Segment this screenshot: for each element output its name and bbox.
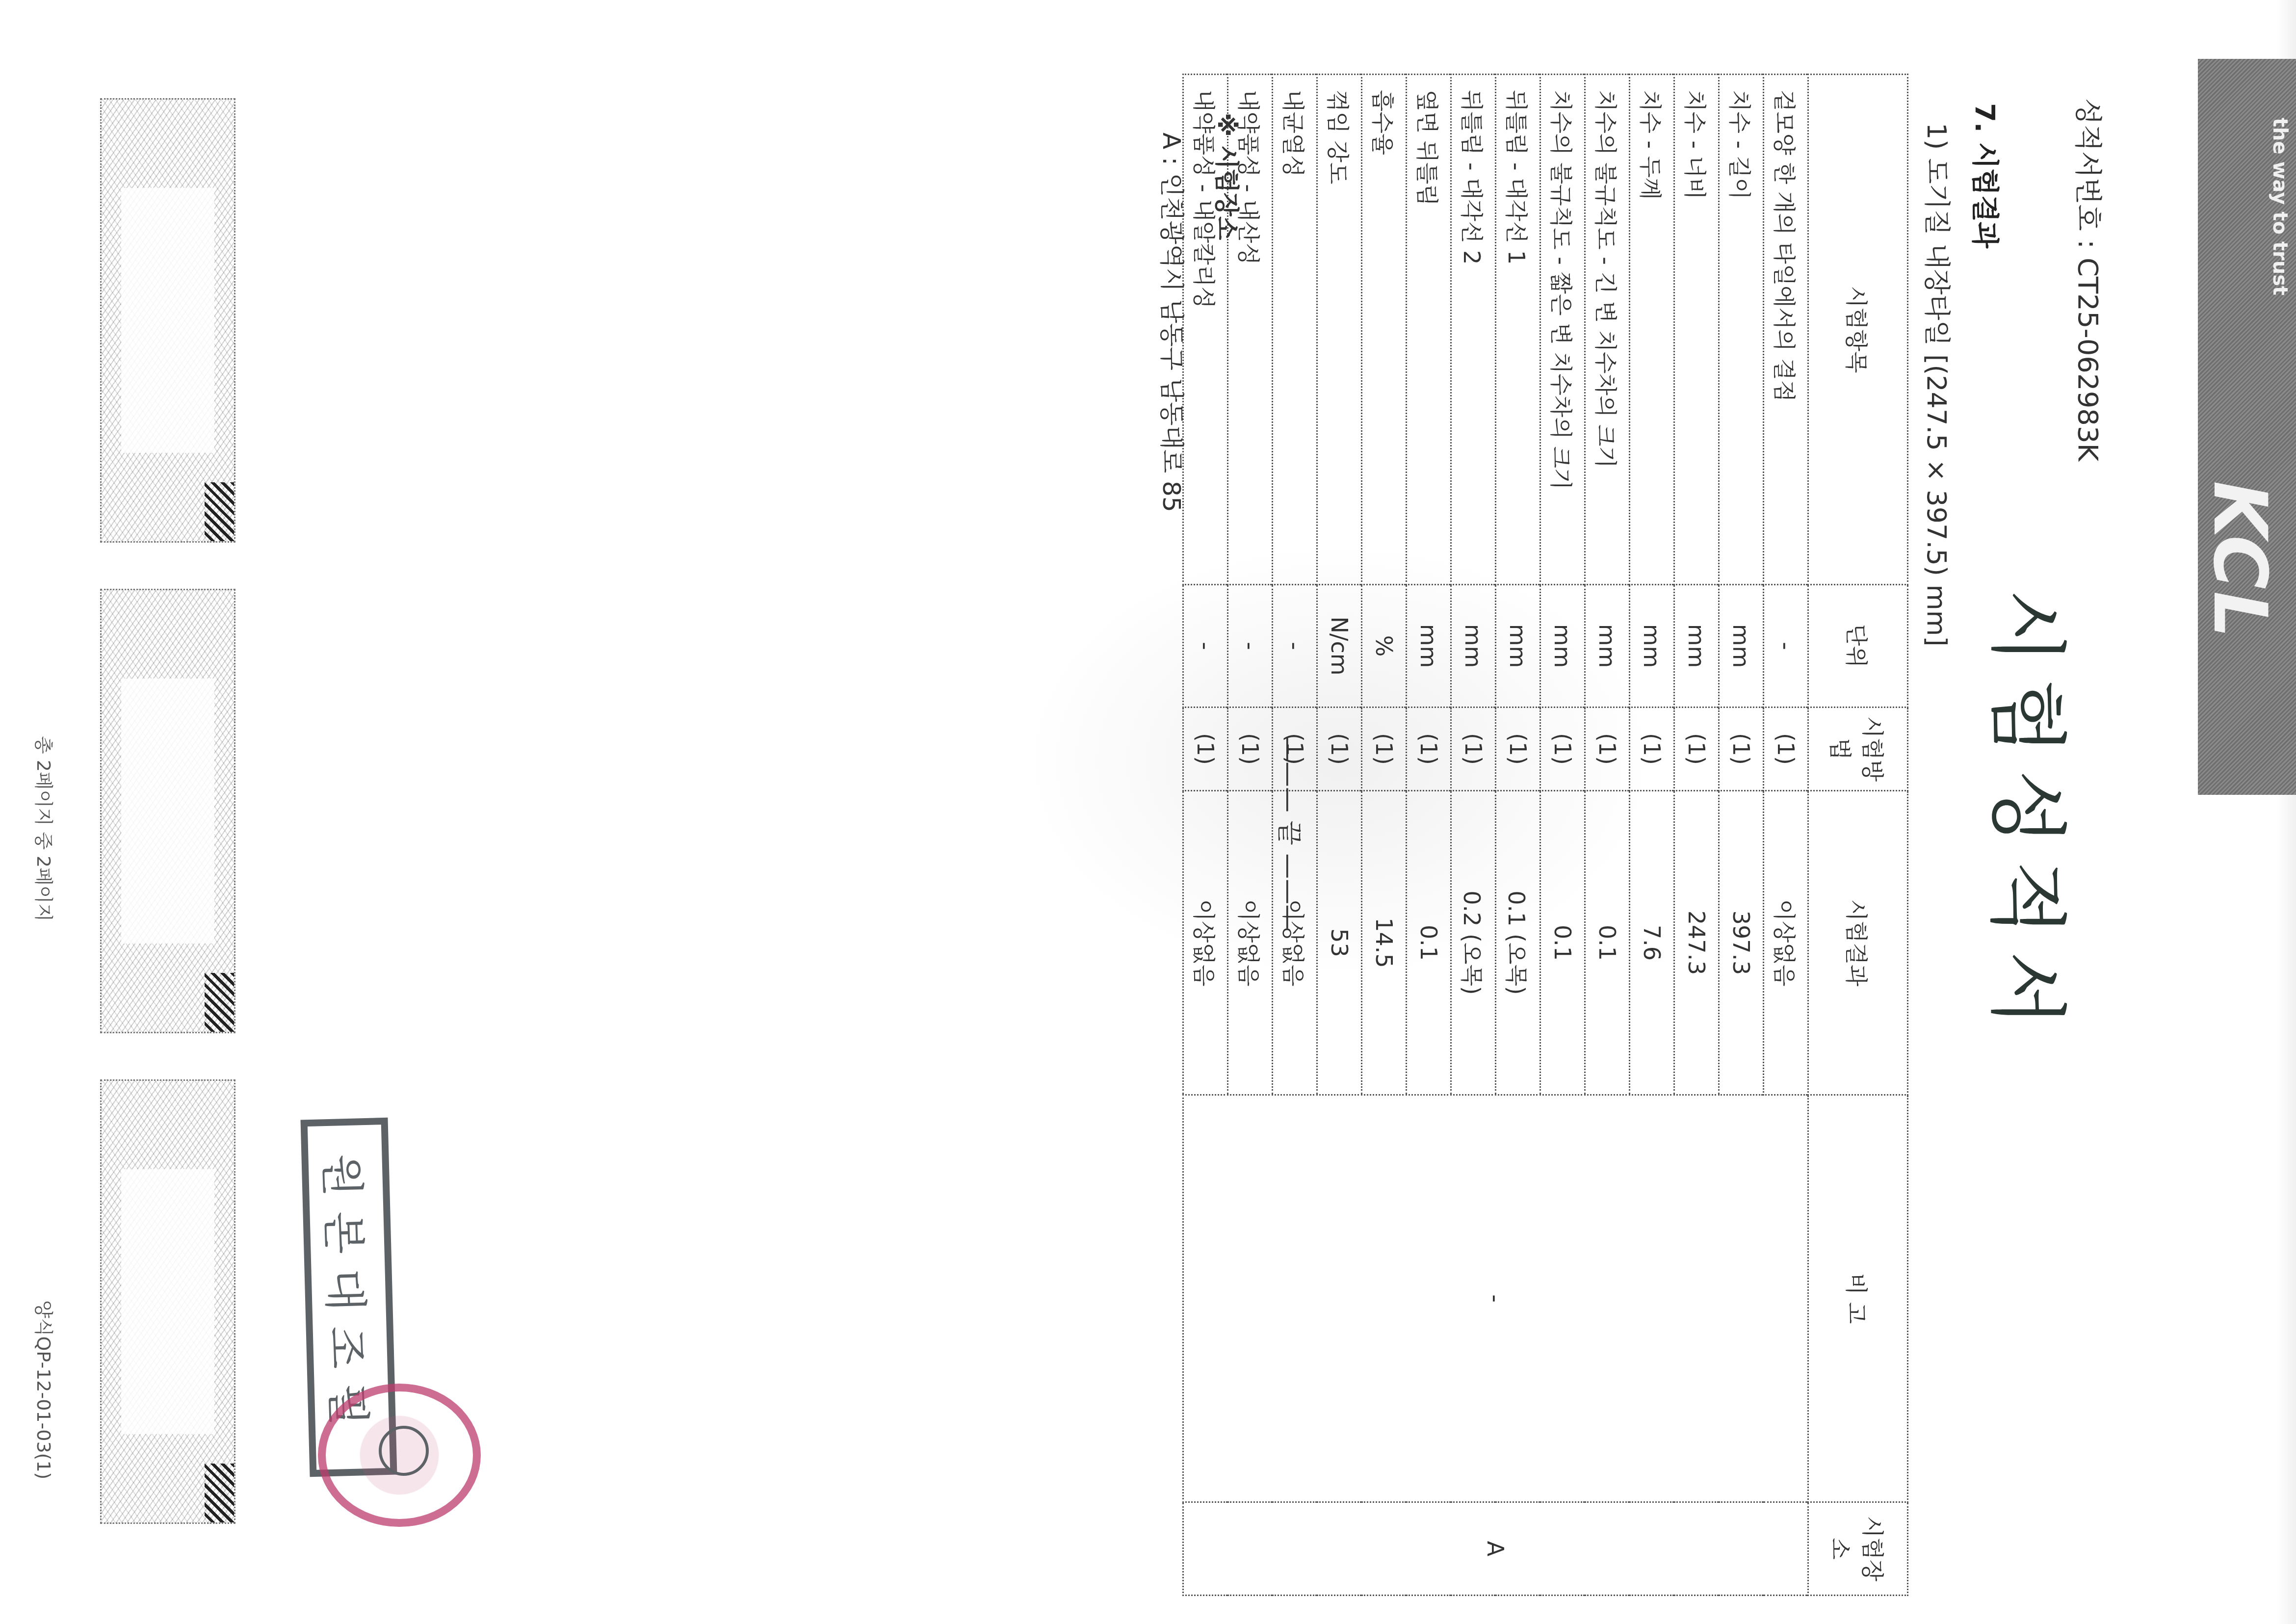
test-item-cell: 치수의 불규칙도 - 짧은 변 치수차의 크기 [1540,75,1585,585]
notes-title: ※ 시험장소 [1211,113,1246,512]
method-cell: (1) [1317,707,1362,791]
security-pattern-box [100,1079,235,1524]
method-cell: (1) [1585,707,1630,791]
method-cell: (1) [1183,707,1228,791]
result-cell: 0.2 (오목) [1451,791,1496,1095]
method-cell: (1) [1719,707,1764,791]
method-cell: (1) [1496,707,1540,791]
logo-text: KCL [2203,481,2276,640]
end-mark-text: 끝 [1274,821,1304,845]
result-cell: 0.1 [1407,791,1451,1095]
unit-cell: - [1273,585,1317,707]
header-test-item: 시험항목 [1808,75,1908,585]
security-box-clear-area [121,679,214,943]
unit-cell: - [1228,585,1273,707]
result-cell: 247.3 [1674,791,1719,1095]
corner-stripes [205,482,234,541]
notes-line: A : 인천광역시 남동구 남동대로 85 [1156,113,1191,512]
unit-cell: mm [1540,585,1585,707]
security-pattern-box [100,589,235,1033]
result-cell: 이상없음 [1764,791,1808,1095]
result-cell: 0.1 [1540,791,1585,1095]
test-location-cell: A [1183,1502,1808,1596]
report-number-value: CT25-062983K [2072,258,2104,461]
result-cell: 이상없음 [1228,791,1273,1095]
unit-cell: mm [1630,585,1674,707]
official-seal [318,1384,481,1527]
logo-tagline: the way to trust [2269,118,2291,295]
end-rule-left: ——— [1274,736,1304,821]
report-number-label: 성적서번호 [2072,98,2104,231]
document-title: 시험성적서 [1977,589,2090,1042]
unit-cell: N/cm [1317,585,1362,707]
unit-cell: mm [1451,585,1496,707]
method-cell: (1) [1407,707,1451,791]
unit-cell: mm [1585,585,1630,707]
unit-cell: - [1764,585,1808,707]
method-cell: (1) [1674,707,1719,791]
method-cell: (1) [1228,707,1273,791]
test-item-cell: 옆면 뒤틀림 [1407,75,1451,585]
page-count: 총 2페이지 중 2페이지 [32,736,59,921]
test-item-cell: 치수 - 길이 [1719,75,1764,585]
test-item-cell: 치수의 불규칙도 - 긴 변 치수차의 크기 [1585,75,1630,585]
test-item-cell: 겉모양 한 개의 타일에서의 결점 [1764,75,1808,585]
method-cell: (1) [1630,707,1674,791]
test-item-cell: 내균열성 [1273,75,1317,585]
result-cell: 이상없음 [1183,791,1228,1095]
header-test-method: 시험방법 [1808,707,1908,791]
result-cell: 53 [1317,791,1362,1095]
result-cell: 7.6 [1630,791,1674,1095]
test-item-cell: 뒤틀림 - 대각선 1 [1496,75,1540,585]
test-item-cell: 흡수율 [1362,75,1407,585]
report-page: the way to trust KCL 성적서번호 : CT25-062983… [0,0,2296,1624]
test-item-cell: 치수 - 너비 [1674,75,1719,585]
report-number: 성적서번호 : CT25-062983K [2070,98,2110,461]
seal-inner-ring [379,1426,429,1476]
result-cell: 14.5 [1362,791,1407,1095]
header-unit: 단위 [1808,585,1908,707]
table-row: 겉모양 한 개의 타일에서의 결점-(1)이상없음-A [1764,75,1808,1596]
unit-cell: mm [1719,585,1764,707]
security-pattern-box [100,98,235,543]
corner-stripes [205,1464,234,1522]
result-cell: 0.1 [1585,791,1630,1095]
result-cell: 0.1 (오목) [1496,791,1540,1095]
test-location-notes: ※ 시험장소 A : 인천광역시 남동구 남동대로 85 [1156,113,1246,512]
form-number: 양식QP-12-01-03(1) [32,1300,59,1479]
test-item-cell: 꺾임 강도 [1317,75,1362,585]
corner-stripes [205,973,234,1032]
kcl-logo: the way to trust KCL [2198,59,2296,795]
unit-cell: mm [1674,585,1719,707]
remarks-cell: - [1183,1095,1808,1502]
security-box-clear-area [121,188,214,453]
unit-cell: - [1183,585,1228,707]
header-remarks: 비 고 [1808,1095,1908,1502]
header-test-result: 시험결과 [1808,791,1908,1095]
subsection-heading: 1) 도기질 내장타일 [(247.5 × 397.5) mm] [1920,123,1957,646]
method-cell: (1) [1451,707,1496,791]
unit-cell: mm [1496,585,1540,707]
table-header-row: 시험항목 단위 시험방법 시험결과 비 고 시험장소 [1808,75,1908,1596]
unit-cell: mm [1407,585,1451,707]
result-cell: 397.3 [1719,791,1764,1095]
end-rule-right: ——— [1274,853,1304,930]
security-box-clear-area [121,1169,214,1434]
method-cell: (1) [1764,707,1808,791]
test-item-cell: 뒤틀림 - 대각선 2 [1451,75,1496,585]
test-item-cell: 치수 - 두께 [1630,75,1674,585]
end-mark: ——— 끝 ——— [1273,736,1310,930]
header-test-location: 시험장소 [1808,1502,1908,1596]
method-cell: (1) [1362,707,1407,791]
section-heading: 7. 시험결과 [1967,103,2007,248]
report-number-separator: : [2072,239,2104,258]
unit-cell: % [1362,585,1407,707]
method-cell: (1) [1540,707,1585,791]
